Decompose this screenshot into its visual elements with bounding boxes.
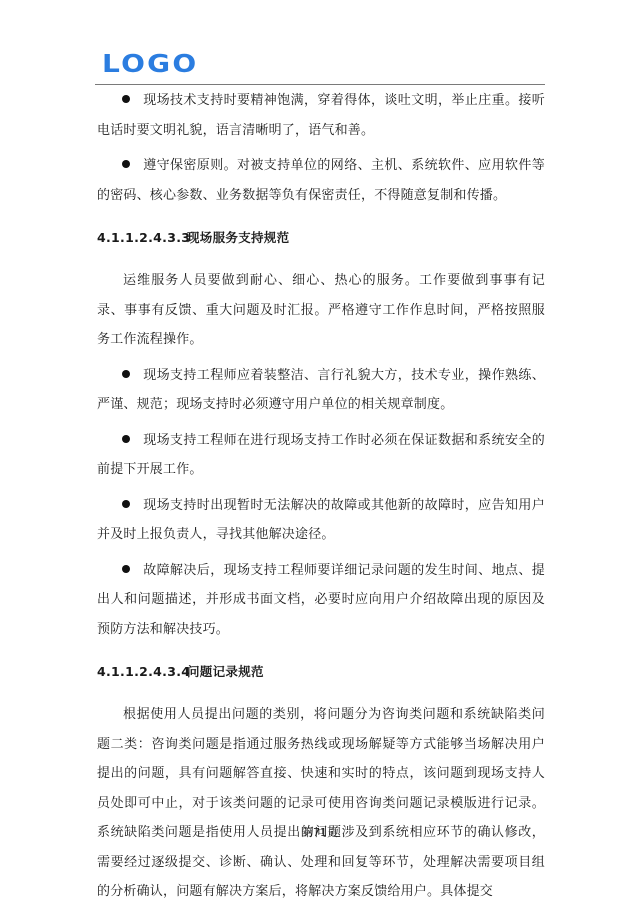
bullet-text: 现场支持工程师应着装整洁、言行礼貌大方，技术专业，操作熟练、严谨、规范；现场支持… <box>97 368 545 413</box>
bullet-paragraph: 现场支持工程师在进行现场支持工作时必须在保证数据和系统安全的前提下开展工作。 <box>97 426 545 485</box>
bullet-icon <box>122 160 130 168</box>
body-paragraph: 根据使用人员提出问题的类别，将问题分为咨询类问题和系统缺陷类问题二类：咨询类问题… <box>97 700 545 906</box>
section-title: 问题记录规范 <box>187 662 264 682</box>
header-divider <box>95 84 545 85</box>
section-title: 现场服务支持规范 <box>187 228 289 248</box>
bullet-paragraph: 遵守保密原则。对被支持单位的网络、主机、系统软件、应用软件等的密码、核心参数、业… <box>97 151 545 210</box>
section-number: 4.1.1.2.4.3.3 <box>97 228 187 248</box>
body-paragraph: 运维服务人员要做到耐心、细心、热心的服务。工作要做到事事有记录、事事有反馈、重大… <box>97 266 545 355</box>
bullet-paragraph: 故障解决后，现场支持工程师要详细记录问题的发生时间、地点、提出人和问题描述，并形… <box>97 556 545 645</box>
bullet-text: 现场技术支持时要精神饱满，穿着得体，谈吐文明，举止庄重。接听电话时要文明礼貌，语… <box>97 93 545 138</box>
section-number: 4.1.1.2.4.3.4 <box>97 662 187 682</box>
bullet-icon <box>122 565 130 573</box>
bullet-icon <box>122 500 130 508</box>
section-heading: 4.1.1.2.4.3.4 问题记录规范 <box>97 662 545 682</box>
bullet-text: 现场支持工程师在进行现场支持工作时必须在保证数据和系统安全的前提下开展工作。 <box>97 433 545 478</box>
bullet-text: 故障解决后，现场支持工程师要详细记录问题的发生时间、地点、提出人和问题描述，并形… <box>97 563 545 637</box>
bullet-icon <box>122 435 130 443</box>
bullet-paragraph: 现场支持时出现暂时无法解决的故障或其他新的故障时，应告知用户并及时上报负责人，寻… <box>97 491 545 550</box>
bullet-text: 遵守保密原则。对被支持单位的网络、主机、系统软件、应用软件等的密码、核心参数、业… <box>97 158 545 203</box>
page-content: 现场技术支持时要精神饱满，穿着得体，谈吐文明，举止庄重。接听电话时要文明礼貌，语… <box>97 86 545 906</box>
bullet-icon <box>122 370 130 378</box>
bullet-text: 现场支持时出现暂时无法解决的故障或其他新的故障时，应告知用户并及时上报负责人，寻… <box>97 498 545 543</box>
logo: LOGO <box>102 51 198 77</box>
section-heading: 4.1.1.2.4.3.3 现场服务支持规范 <box>97 228 545 248</box>
bullet-icon <box>122 95 130 103</box>
bullet-paragraph: 现场技术支持时要精神饱满，穿着得体，谈吐文明，举止庄重。接听电话时要文明礼貌，语… <box>97 86 545 145</box>
document-page: LOGO 现场技术支持时要精神饱满，穿着得体，谈吐文明，举止庄重。接听电话时要文… <box>0 0 640 906</box>
bullet-paragraph: 现场支持工程师应着装整洁、言行礼貌大方，技术专业，操作熟练、严谨、规范；现场支持… <box>97 361 545 420</box>
page-number: 第71页 <box>0 824 640 840</box>
